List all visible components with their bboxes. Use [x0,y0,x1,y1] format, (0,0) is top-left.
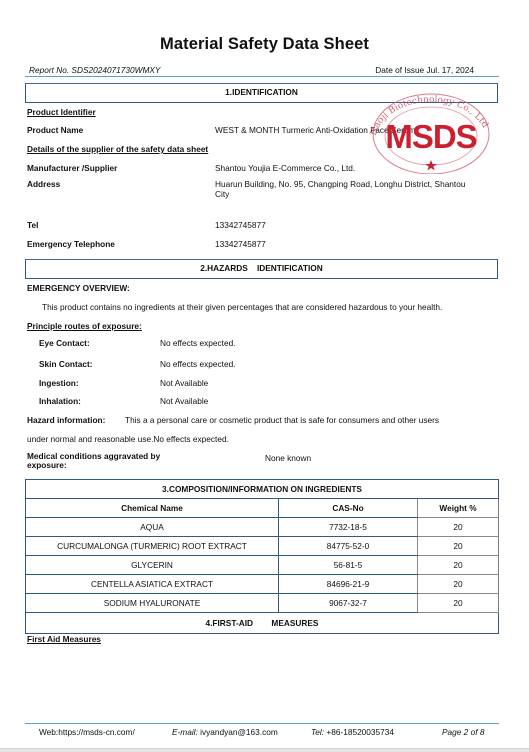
supplier-details-heading: Details of the supplier of the safety da… [27,144,208,154]
chemical-name-cell: GLYCERIN [26,556,279,575]
header-divider [25,76,499,77]
weight-cell: 20 [418,594,499,613]
svg-text:MSDS: MSDS [385,118,476,155]
address-label: Address [27,179,60,189]
route-label-inhalation: Inhalation: [39,396,81,406]
table-row: CENTELLA ASIATICA EXTRACT 84696-21-9 20 [26,575,499,594]
weight-cell: 20 [418,518,499,537]
weight-cell: 20 [418,575,499,594]
chemical-name-cell: CENTELLA ASIATICA EXTRACT [26,575,279,594]
column-header-cas-no: CAS-No [279,499,418,518]
hazard-info-label: Hazard information: [27,415,105,425]
hazard-info-text-2: under normal and reasonable use.No effec… [27,434,229,444]
address-line-1: Huarun Building, No. 95, Changping Road,… [215,179,465,189]
tel-label: Tel [27,220,38,230]
footer-tel-label: Tel: [311,727,324,737]
emergency-telephone-label: Emergency Telephone [27,239,115,249]
route-value-ingestion: Not Available [160,378,208,388]
manufacturer-label: Manufacturer /Supplier [27,163,117,173]
medical-conditions-label-2: exposure: [27,460,67,470]
medical-conditions-value: None known [265,453,311,463]
route-value-skin: No effects expected. [160,359,236,369]
cas-no-cell: 84696-21-9 [279,575,418,594]
table-row: AQUA 7732-18-5 20 [26,518,499,537]
msds-seal-stamp: Haoji Biotechnology Co., Ltd MSDS [365,90,495,174]
report-number: Report No. SDS2024071730WMXY [29,65,160,75]
hazard-info-text-1: This a a personal care or cosmetic produ… [125,415,439,425]
chemical-name-cell: AQUA [26,518,279,537]
footer-web: Web:https://msds-cn.com/ [39,727,135,737]
chemical-name-cell: CURCUMALONGA (TURMERIC) ROOT EXTRACT [26,537,279,556]
footer-email: E-mail: ivyandyan@163.com [172,727,278,737]
composition-table: 3.COMPOSITION/INFORMATION ON INGREDIENTS… [25,479,499,634]
table-row: CURCUMALONGA (TURMERIC) ROOT EXTRACT 847… [26,537,499,556]
column-header-chemical-name: Chemical Name [26,499,279,518]
product-name-label: Product Name [27,125,83,135]
section-3-heading: 3.COMPOSITION/INFORMATION ON INGREDIENTS [26,480,499,499]
report-meta-row: Report No. SDS2024071730WMXY Date of Iss… [27,65,499,76]
issue-date: Date of Issue Jul. 17, 2024 [375,65,474,75]
section-2-heading: 2.HAZARDS IDENTIFICATION [25,259,498,279]
route-label-skin: Skin Contact: [39,359,92,369]
composition-title-row: 3.COMPOSITION/INFORMATION ON INGREDIENTS [26,480,499,499]
weight-cell: 20 [418,537,499,556]
emergency-telephone-value: 13342745877 [215,239,266,249]
table-row: GLYCERIN 56-81-5 20 [26,556,499,575]
composition-header-row: Chemical Name CAS-No Weight % [26,499,499,518]
section-4-heading: 4.FIRST-AID MEASURES [26,613,499,634]
address-line-2: City [215,189,229,199]
footer-divider [25,723,499,724]
first-aid-measures-heading: First Aid Measures [27,634,101,644]
footer-tel-value: +86-18520035734 [326,727,394,737]
cas-no-cell: 9067-32-7 [279,594,418,613]
document-title: Material Safety Data Sheet [0,35,529,54]
manufacturer-value: Shantou Youjia E-Commerce Co., Ltd. [215,163,355,173]
seal-icon: Haoji Biotechnology Co., Ltd MSDS [365,90,495,174]
route-value-eye: No effects expected. [160,338,236,348]
route-label-eye: Eye Contact: [39,338,90,348]
emergency-overview-label: EMERGENCY OVERVIEW: [27,283,130,293]
cas-no-cell: 84775-52-0 [279,537,418,556]
cas-no-cell: 56-81-5 [279,556,418,575]
route-value-inhalation: Not Available [160,396,208,406]
exposure-routes-heading: Principle routes of exposure: [27,321,142,331]
table-row: SODIUM HYALURONATE 9067-32-7 20 [26,594,499,613]
column-header-weight: Weight % [418,499,499,518]
product-identifier-heading: Product Identifier [27,107,96,117]
cas-no-cell: 7732-18-5 [279,518,418,537]
first-aid-title-row: 4.FIRST-AID MEASURES [26,613,499,634]
viewer-bottom-edge [0,748,529,752]
emergency-overview-text: This product contains no ingredients at … [42,302,442,312]
chemical-name-cell: SODIUM HYALURONATE [26,594,279,613]
route-label-ingestion: Ingestion: [39,378,79,388]
msds-page: Material Safety Data Sheet Report No. SD… [0,0,529,748]
tel-value: 13342745877 [215,220,266,230]
footer-email-label: E-mail: [172,727,198,737]
weight-cell: 20 [418,556,499,575]
footer-page-number: Page 2 of 8 [442,727,484,737]
footer-tel: Tel: +86-18520035734 [311,727,394,737]
footer-email-value: ivyandyan@163.com [200,727,278,737]
